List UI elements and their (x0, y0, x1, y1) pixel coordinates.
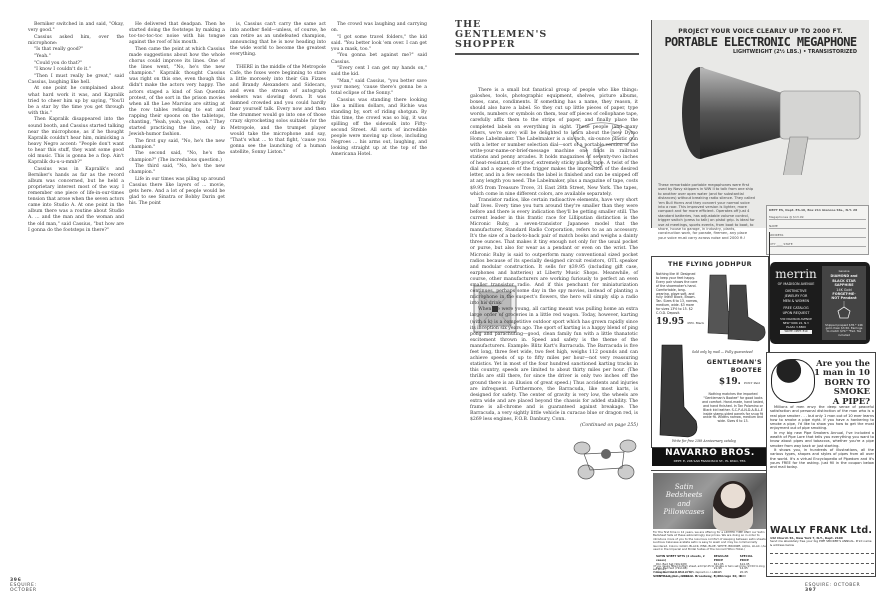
megaphone-order-form: DEPT ES, Dept. ES-10, Box 211 Glencoe St… (766, 205, 869, 255)
paragraph: "You gonna bet against me?" said Cassius… (331, 53, 427, 65)
coupon-line-name[interactable] (770, 553, 874, 554)
name-field[interactable]: NAME (769, 224, 866, 229)
company-name: SCINTILLA, Inc., 4802 N. Broadway, E, Ch… (653, 575, 767, 578)
bootee-description: Nothing matches the imported "Gentleman'… (700, 393, 766, 424)
paragraph: At one point he complained about what ha… (28, 86, 124, 116)
coupon-line-address[interactable] (770, 563, 874, 564)
form-header: DEPT ES, Dept. ES-10, Box 211 Glencoe St… (769, 208, 866, 212)
paragraph: "Is that really good?" (28, 47, 124, 53)
script-line: Pillowcases (661, 508, 707, 516)
paragraph: is, Cassius can't carry the same act int… (230, 22, 326, 59)
jodhpur-boots-icon (700, 271, 768, 345)
script-line: Satin (661, 483, 707, 491)
paragraph-transistor-radio: Transistor radios, like certain radioact… (470, 198, 638, 308)
catalog-line: UPON REQUEST (774, 311, 818, 316)
paragraph: Cassius was in Kapralik's and Berniker's… (28, 167, 124, 234)
article-column-1: Berniker switched in and said, "Okay, ve… (28, 22, 124, 234)
shopper-header: THE GENTLEMEN'S SHOPPER (455, 20, 639, 50)
merrin-jewelry-ad: merrin OF MADISON AVENUE DISTINCTIVE JEW… (770, 262, 870, 344)
paragraph: Millions of men envy the deep sense of p… (770, 405, 874, 431)
tag-line: MEN & WOMEN (774, 299, 818, 304)
continued-note: (Continued on page 255) (470, 423, 638, 429)
megaphone-ad: PROJECT YOUR VOICE CLEARLY UP TO 2000 FT… (651, 20, 869, 228)
script-title: Satin Bedsheets and Pillowcases (661, 483, 707, 517)
paragraph: The first guy said, "No, he's the new ch… (129, 139, 225, 151)
satin-bedsheets-ad: Satin Bedsheets and Pillowcases For the … (651, 470, 769, 570)
pendant-icon (834, 301, 854, 321)
article-column-2: He delivered that deadpan. Then he start… (129, 22, 225, 208)
merrin-sub: OF MADISON AVENUE (774, 282, 818, 287)
paragraph-labelmaker: There is a small but fanatical group of … (470, 88, 638, 198)
coupon-instructions: 132 Church St., New York 7, N.Y., Dept. … (770, 537, 874, 547)
merrin-logo: merrin (774, 268, 818, 280)
script-line: Bedsheets (661, 491, 707, 499)
paragraph: "I got some travel folders," the kid sai… (331, 35, 427, 53)
paragraph: Then Kapralik disappeared into the sound… (28, 117, 124, 166)
paragraph: Cassius asked him, over the microphone: (28, 35, 124, 47)
ad-body-text: These remarkable portable megaphones wer… (658, 183, 756, 240)
ad-headline: PROJECT YOUR VOICE CLEARLY UP TO 2000 FT… (652, 20, 869, 35)
merrin-left-panel: merrin OF MADISON AVENUE DISTINCTIVE JEW… (774, 268, 818, 334)
guarantee-note: Sold only by mail — Fully guaranteed (692, 350, 753, 354)
megaphone-icon (672, 65, 872, 175)
header-cell: SATIN SHEET SETS (2 sheets, 2 cases) (655, 554, 713, 562)
page-number: 397 (805, 588, 816, 593)
company-name: NAVARRO BROS. (652, 448, 768, 459)
folio-label: ESQUIRE: OCTOBER (10, 583, 37, 593)
pipe-smoker-face-icon (771, 359, 815, 403)
paragraph: He delivered that deadpan. Then he start… (129, 22, 225, 46)
flying-jodhpur-ad: THE FLYING JODHPUR Nothing like it! Desi… (651, 256, 769, 448)
title-rule (455, 53, 639, 55)
header-cell: SPECIAL PRICE (739, 554, 763, 562)
paragraph: The third said, "No, he's the new champi… (129, 164, 225, 176)
page-folio-left: 396 ESQUIRE: OCTOBER (10, 578, 37, 593)
paragraph: The crowd was laughing and carrying on. (331, 22, 427, 34)
ad-title: PORTABLE ELECTRONIC MEGAPHONE (652, 35, 869, 49)
ad-body-text: For the first time in 12 years, we are o… (653, 531, 767, 551)
navarro-bros-banner: NAVARRO BROS. DEPT. E, 206 SAN FRANCISCO… (652, 448, 768, 466)
price-note: POST Paid (744, 381, 760, 385)
wally-frank-pipe-ad: Are you the 1 man in 10 BORN TO SMOKE A … (766, 352, 876, 577)
quantity-field[interactable]: Megaphones @ $13.99 (769, 215, 866, 220)
paragraph: The second said, "No, he's the champion?… (129, 151, 225, 163)
ad-headline: Are you the 1 man in 10 BORN TO SMOKE A … (814, 359, 870, 406)
bedsheets-photo: Satin Bedsheets and Pillowcases (653, 473, 767, 529)
ad-description: Nothing like it! Designed to keep your f… (656, 273, 698, 316)
paragraph: Cassius was standing there looking like … (331, 98, 427, 159)
page-folio-right: ESQUIRE: OCTOBER 397 (805, 583, 883, 593)
paragraph: "I know I couldn't do it." (28, 67, 124, 73)
title-line: BOOTEE (707, 367, 762, 375)
article-column-3: is, Cassius can't carry the same act int… (230, 22, 326, 156)
coupon-line-city[interactable] (770, 573, 874, 574)
shopper-title-line: SHOPPER (455, 40, 639, 50)
address-line: PLAZA 3-8800 (774, 326, 818, 330)
company-name: WALLY FRANK Ltd. (770, 525, 872, 536)
table-header: SATIN SHEET SETS (2 sheets, 2 cases) REG… (655, 554, 763, 562)
script-line: and (661, 500, 707, 508)
go-kart-illustration (570, 434, 638, 482)
paragraph: "Then I must really be great," said Cass… (28, 74, 124, 86)
ad-title: THE FLYING JODHPUR (652, 257, 768, 268)
paragraph: It shows you, in hundreds of illustratio… (770, 448, 874, 469)
paragraph-karting: When we were young, all carting meant wa… (470, 307, 638, 423)
ad-body: Millions of men envy the deep sense of p… (770, 405, 874, 469)
article-column-4: The crowd was laughing and carrying on. … (331, 22, 427, 159)
city-state-field[interactable]: CITY ____ STATE (769, 242, 866, 247)
paragraph: In my big new Pipe Smokers Annual, I've … (770, 431, 874, 448)
paragraph: Life in our times was piling up around C… (129, 177, 225, 207)
ad-subtitle: LIGHTWEIGHT (2½ LBS.) • TRANSISTORIZED (652, 49, 869, 55)
paragraph: "Every cent I can get my hands on," said… (331, 66, 427, 78)
paragraph-dropcap: THERE in the middle of the Metropole Caf… (230, 65, 326, 156)
paragraph: "Man," said Cassius, "you better save yo… (331, 79, 427, 97)
company-address: DEPT. E, 206 SAN FRANCISCO ST., EL PASO,… (652, 459, 768, 463)
dept-label: WRITE: DEPT. E10 (780, 330, 812, 334)
pendant-price-note: Shipped prepaid $35.* 14K gold chain $3.… (824, 324, 864, 337)
model-portrait (713, 481, 753, 531)
address-field[interactable]: ADDRESS (769, 233, 866, 238)
paragraph: "Could you do that?" (28, 61, 124, 67)
paragraph: Then came the point at which Cassius mad… (129, 47, 225, 138)
jodhpur-price: 19.95 (656, 317, 684, 327)
bootee-title: GENTLEMAN'S BOOTEE (707, 359, 762, 374)
bootee-price: $19. (719, 377, 741, 387)
header-cell: REGULAR PRICE (713, 554, 739, 562)
shopper-article-body: There is a small but fanatical group of … (470, 88, 638, 429)
price-note: PPD. Black (687, 321, 704, 325)
catalog-note: Write for free 25th Anniversary catalog (672, 439, 736, 443)
coupon-text: Send me absolutely free your big PIPE SM… (770, 540, 874, 547)
satin-footer: (If you desire fitted bottom sheet, add … (653, 565, 767, 578)
bootee-boot-icon (656, 341, 700, 441)
merrin-pendant-panel: Genuine DIAMOND and BLACK STAR SAPPHIRE … (822, 266, 866, 340)
paragraph: Berniker switched in and said, "Okay, ve… (28, 22, 124, 34)
paragraph: "Yeah." (28, 54, 124, 60)
